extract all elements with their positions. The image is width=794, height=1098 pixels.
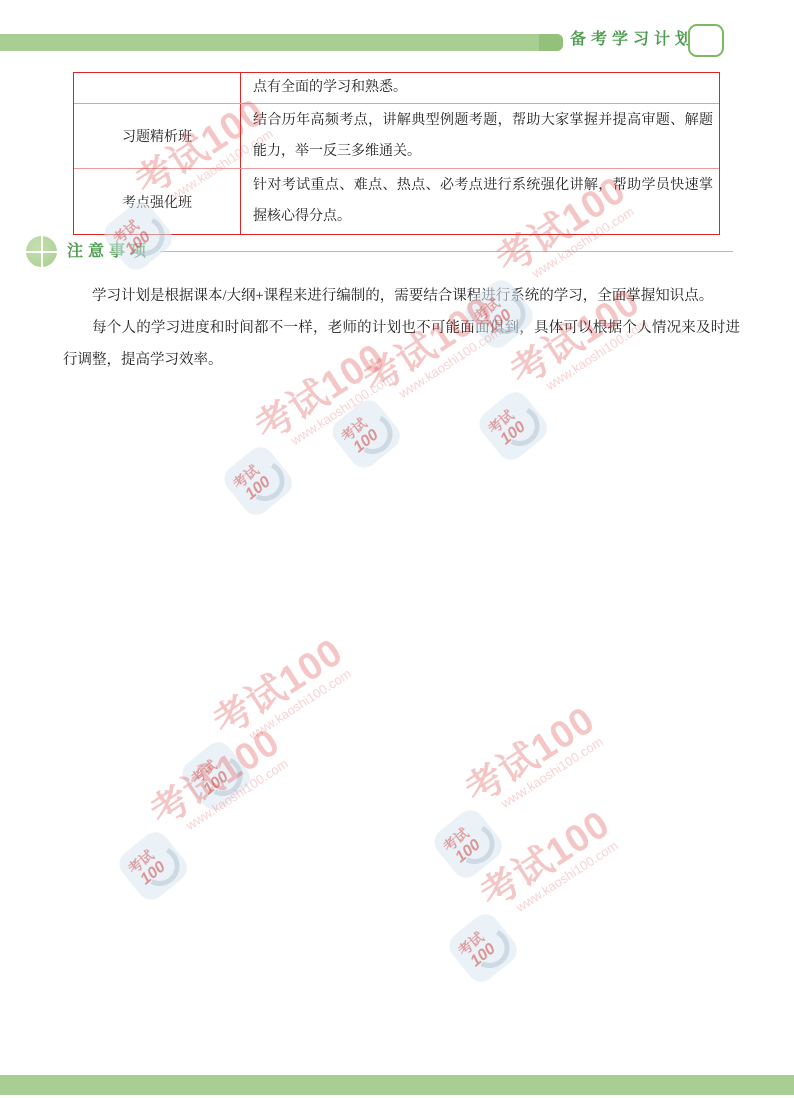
logo-text-top: 考试 xyxy=(124,845,158,878)
logo-text-bottom: 100 xyxy=(200,768,232,799)
notes-body: 学习计划是根据课本/大纲+课程来进行编制的，需要结合课程进行系统的学习，全面掌握… xyxy=(63,280,740,376)
section-title: 注意事项 xyxy=(67,240,151,264)
watermark-url-text: www.kaoshi100.com xyxy=(288,371,396,448)
paragraph: 每个人的学习进度和时间都不一样，老师的计划也不可能面面俱到，具体可以根据个人情况… xyxy=(63,312,740,376)
logo-text-bottom: 100 xyxy=(452,836,484,867)
watermark-stamp: 考试100考试100www.kaoshi100.com xyxy=(84,680,356,920)
kaoshi100-logo-icon: 考试100 xyxy=(444,909,523,988)
logo-text-bottom: 100 xyxy=(350,426,382,457)
watermark-stamp: 考试100考试100www.kaoshi100.com xyxy=(147,590,419,830)
table-cell-content: 结合历年高频考点，讲解典型例题考题，帮助大家掌握并提高审题、解题能力，举一反三多… xyxy=(241,104,719,168)
logo-text-top: 考试 xyxy=(187,755,221,788)
table-cell-label xyxy=(74,73,241,103)
quad-circle-icon xyxy=(26,236,57,267)
header-bar-cap xyxy=(539,34,563,51)
logo-swoosh-icon xyxy=(197,751,248,802)
watermark-url-text: www.kaoshi100.com xyxy=(498,734,606,811)
table-row: 考点强化班 针对考试重点、难点、热点、必考点进行系统强化讲解，帮助学员快速掌握核… xyxy=(74,169,719,234)
header-rule-bar xyxy=(0,34,563,51)
course-table: 点有全面的学习和熟悉。 习题精析班 结合历年高频考点，讲解典型例题考题，帮助大家… xyxy=(73,72,720,235)
watermark-brand-text: 考试100 xyxy=(200,622,351,747)
table-cell-label: 考点强化班 xyxy=(74,169,241,234)
logo-text-bottom: 100 xyxy=(497,418,529,449)
logo-text-top: 考试 xyxy=(439,823,473,856)
logo-text-bottom: 100 xyxy=(242,473,274,504)
logo-swoosh-icon xyxy=(239,456,290,507)
watermark-brand-text: 考试100 xyxy=(452,690,603,815)
kaoshi100-logo-icon: 考试100 xyxy=(429,805,508,884)
page-title: 备考学习计划 xyxy=(570,28,696,52)
kaoshi100-logo-icon: 考试100 xyxy=(327,395,406,474)
table-cell-label: 习题精析班 xyxy=(74,104,241,168)
kaoshi100-logo-icon: 考试100 xyxy=(177,737,256,816)
watermark-brand-text: 考试100 xyxy=(137,712,288,837)
watermark-url-text: www.kaoshi100.com xyxy=(246,666,354,743)
logo-text-top: 考试 xyxy=(229,460,263,493)
kaoshi100-logo-icon: 考试100 xyxy=(114,827,193,906)
section-divider-line xyxy=(160,251,733,252)
table-row: 点有全面的学习和熟悉。 xyxy=(74,73,719,104)
logo-text-top: 考试 xyxy=(337,413,371,446)
kaoshi100-logo-icon: 考试100 xyxy=(474,387,553,466)
watermark-stamp: 考试100考试100www.kaoshi100.com xyxy=(399,658,671,898)
table-row: 习题精析班 结合历年高频考点，讲解典型例题考题，帮助大家掌握并提高审题、解题能力… xyxy=(74,104,719,169)
page-number-box xyxy=(688,24,724,57)
table-cell-content: 针对考试重点、难点、热点、必考点进行系统强化讲解，帮助学员快速掌握核心得分点。 xyxy=(241,169,719,234)
table-cell-content: 点有全面的学习和熟悉。 xyxy=(241,73,719,103)
watermark-url-text: www.kaoshi100.com xyxy=(513,838,621,915)
logo-text-top: 考试 xyxy=(484,405,518,438)
logo-swoosh-icon xyxy=(494,401,545,452)
watermark-stamp: 考试100考试100www.kaoshi100.com xyxy=(414,762,686,1002)
logo-swoosh-icon xyxy=(464,923,515,974)
logo-swoosh-icon xyxy=(347,409,398,460)
logo-text-bottom: 100 xyxy=(467,940,499,971)
kaoshi100-logo-icon: 考试100 xyxy=(219,442,298,521)
logo-swoosh-icon xyxy=(449,819,500,870)
paragraph: 学习计划是根据课本/大纲+课程来进行编制的，需要结合课程进行系统的学习，全面掌握… xyxy=(63,280,740,312)
logo-text-bottom: 100 xyxy=(137,858,169,889)
logo-text-top: 考试 xyxy=(454,927,488,960)
document-page: 备考学习计划 点有全面的学习和熟悉。 习题精析班 结合历年高频考点，讲解典型例题… xyxy=(0,0,794,1098)
logo-swoosh-icon xyxy=(134,841,185,892)
footer-rule-bar xyxy=(0,1075,794,1095)
watermark-url-text: www.kaoshi100.com xyxy=(183,756,291,833)
watermark-brand-text: 考试100 xyxy=(467,794,618,919)
